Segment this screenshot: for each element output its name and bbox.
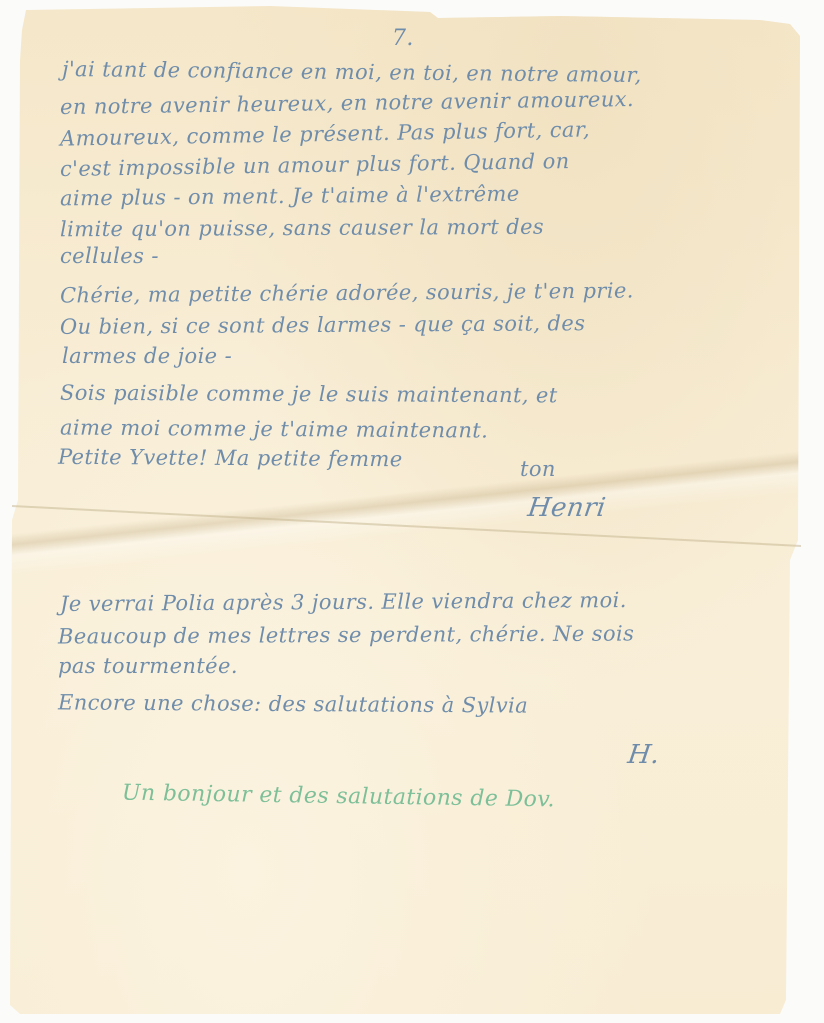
letter-line: larmes de joie - [62, 346, 232, 367]
closing-word: ton [520, 459, 556, 480]
postscript-line: pas tourmentée. [58, 656, 238, 677]
letter-line: cellules - [60, 246, 159, 267]
letter-line: Chérie, ma petite chérie adorée, souris,… [60, 280, 634, 306]
letter-line: Petite Yvette! Ma petite femme [58, 447, 403, 470]
postscript-line: Je verrai Polia après 3 jours. Elle vien… [60, 590, 627, 615]
letter-line: aime moi comme je t'aime maintenant. [60, 418, 488, 442]
letter-line: Ou bien, si ce sont des larmes - que ça … [60, 313, 585, 338]
letter-line: Sois paisible comme je le suis maintenan… [60, 383, 558, 407]
scanned-letter-page: 7. j'ai tant de confiance en moi, en toi… [0, 0, 824, 1023]
letter-line: limite qu'on puisse, sans causer la mort… [60, 217, 544, 241]
postscript-line: Beaucoup de mes lettres se perdent, chér… [58, 623, 634, 647]
postscript-initial: H. [626, 742, 661, 768]
letter-line: aime plus - on ment. Je t'aime à l'extrê… [60, 184, 520, 210]
page-number: 7. [392, 28, 414, 50]
postscript-line: Encore une chose: des salutations à Sylv… [58, 692, 528, 716]
signature: Henri [526, 495, 607, 521]
